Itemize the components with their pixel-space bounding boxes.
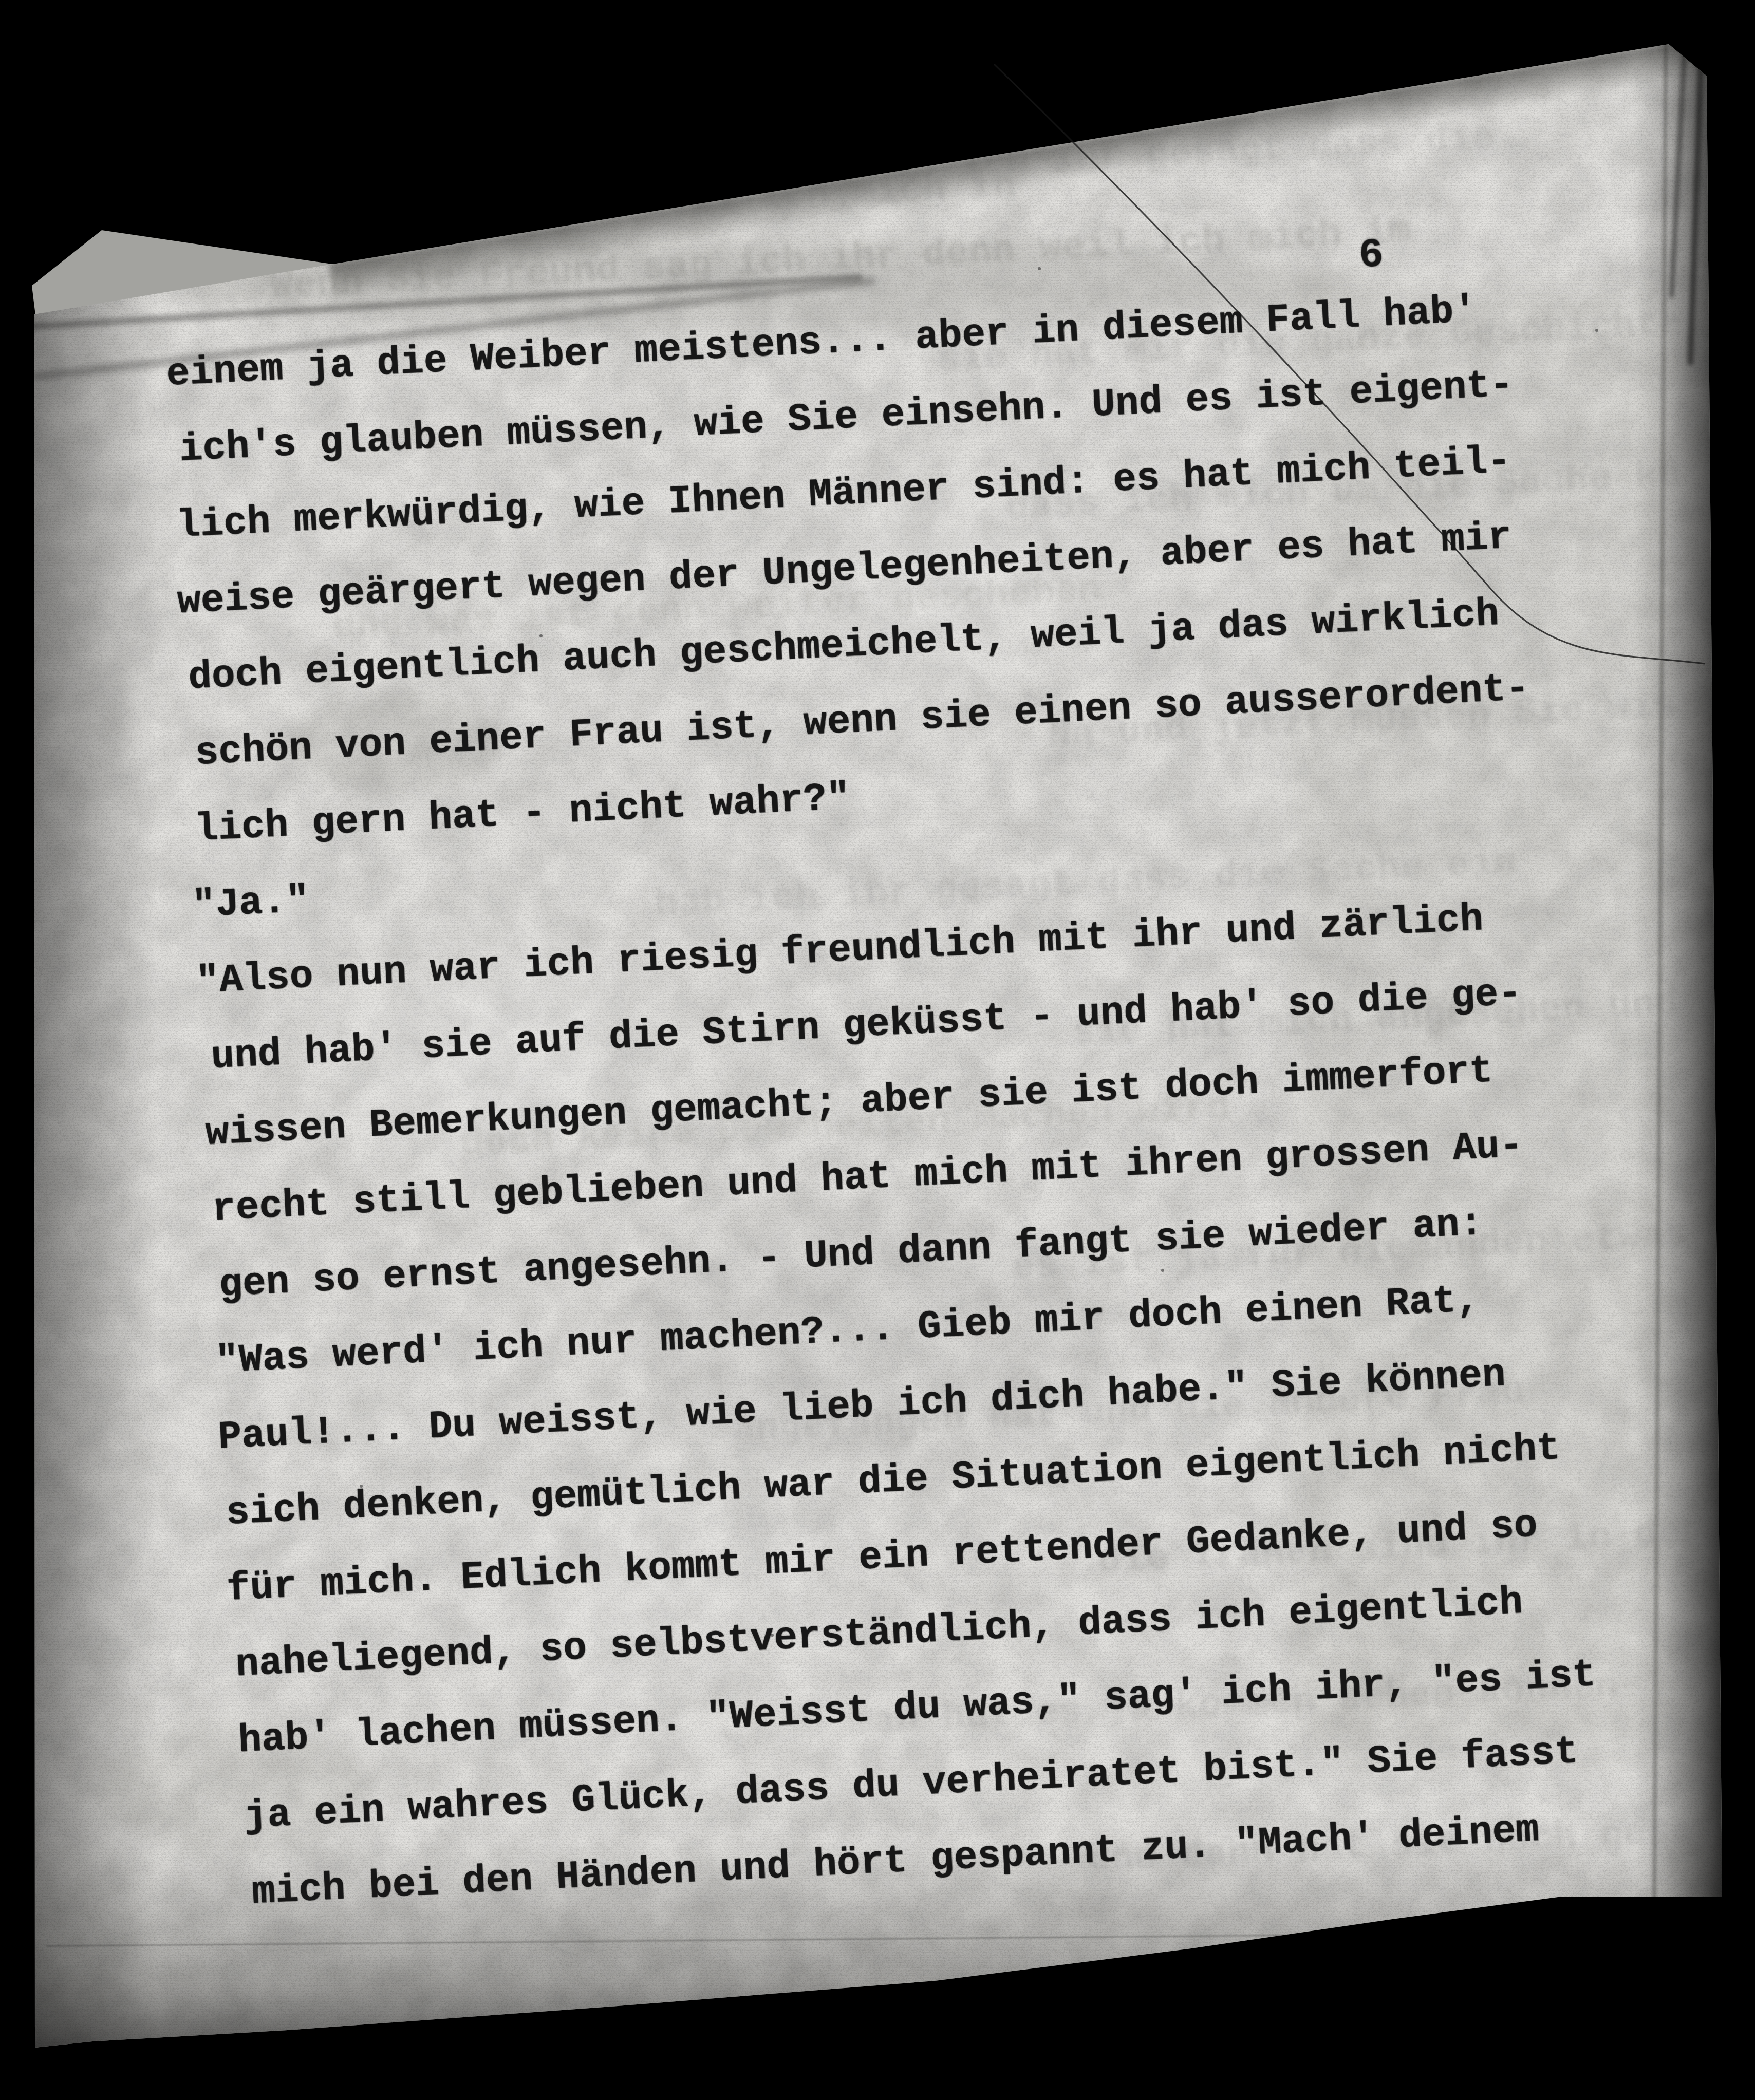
scan-background: sag ich ihr und dann weil ich mich inWen…	[0, 0, 1755, 2100]
typewritten-text: einem ja die Weiber meistens... aber in …	[164, 270, 1605, 1931]
typescript-page: sag ich ihr und dann weil ich mich inWen…	[0, 0, 1755, 2100]
page-number: 6	[1358, 232, 1385, 279]
